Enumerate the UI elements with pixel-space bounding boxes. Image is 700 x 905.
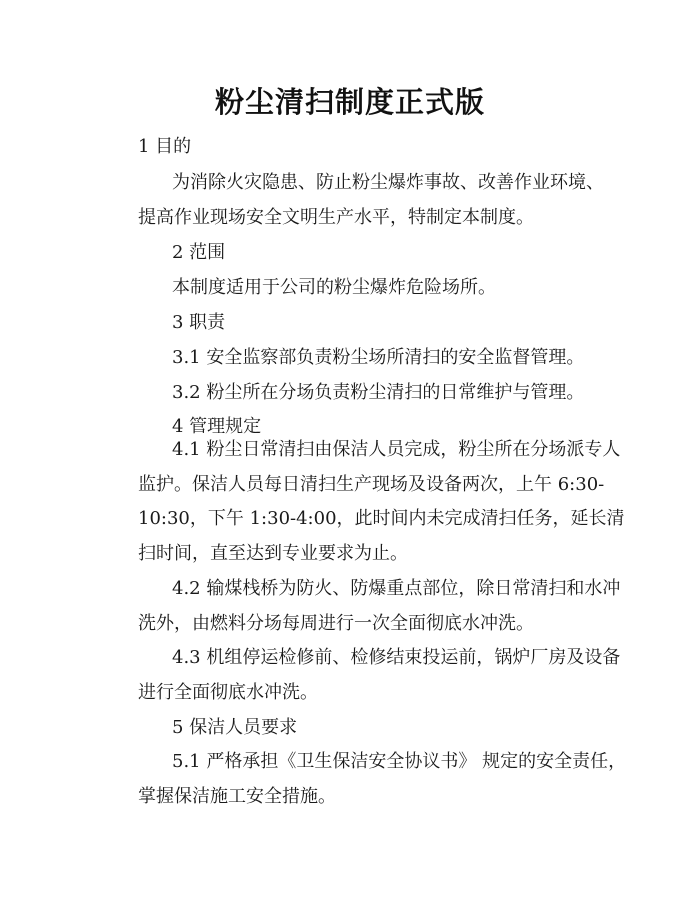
paragraph-line: 3.1 安全监察部负责粉尘场所清扫的安全监督管理。 (172, 347, 584, 369)
paragraph-line: 3.2 粉尘所在分场负责粉尘清扫的日常维护与管理。 (172, 382, 584, 404)
paragraph-line: 监护。保洁人员每日清扫生产现场及设备两次，上午 6:30- (138, 474, 604, 496)
paragraph-line: 4 管理规定 (172, 416, 261, 438)
document-title: 粉尘清扫制度正式版 (0, 80, 700, 121)
paragraph-line: 5 保洁人员要求 (172, 717, 297, 739)
paragraph-line: 3 职责 (172, 312, 225, 334)
paragraph-line: 4.2 输煤栈桥为防火、防爆重点部位，除日常清扫和水冲 (172, 578, 620, 600)
paragraph-line: 提高作业现场安全文明生产水平，特制定本制度。 (138, 207, 534, 229)
paragraph-line: 2 范围 (172, 242, 225, 264)
paragraph-line: 5.1 严格承担《卫生保洁安全协议书》 规定的安全责任， (172, 751, 626, 773)
paragraph-line: 10:30，下午 1:30-4:00，此时间内未完成清扫任务，延长清 (138, 508, 625, 530)
paragraph-line: 4.1 粉尘日常清扫由保洁人员完成，粉尘所在分场派专人 (172, 439, 620, 461)
paragraph-line: 1 目的 (138, 136, 191, 158)
paragraph-line: 本制度适用于公司的粉尘爆炸危险场所。 (172, 277, 496, 299)
paragraph-line: 为消除火灾隐患、防止粉尘爆炸事故、改善作业环境、 (172, 172, 604, 194)
paragraph-line: 进行全面彻底水冲洗。 (138, 682, 318, 704)
paragraph-line: 洗外，由燃料分场每周进行一次全面彻底水冲洗。 (138, 613, 534, 635)
paragraph-line: 掌握保洁施工安全措施。 (138, 786, 336, 808)
paragraph-line: 4.3 机组停运检修前、检修结束投运前，锅炉厂房及设备 (172, 647, 620, 669)
paragraph-line: 扫时间，直至达到专业要求为止。 (138, 543, 408, 565)
